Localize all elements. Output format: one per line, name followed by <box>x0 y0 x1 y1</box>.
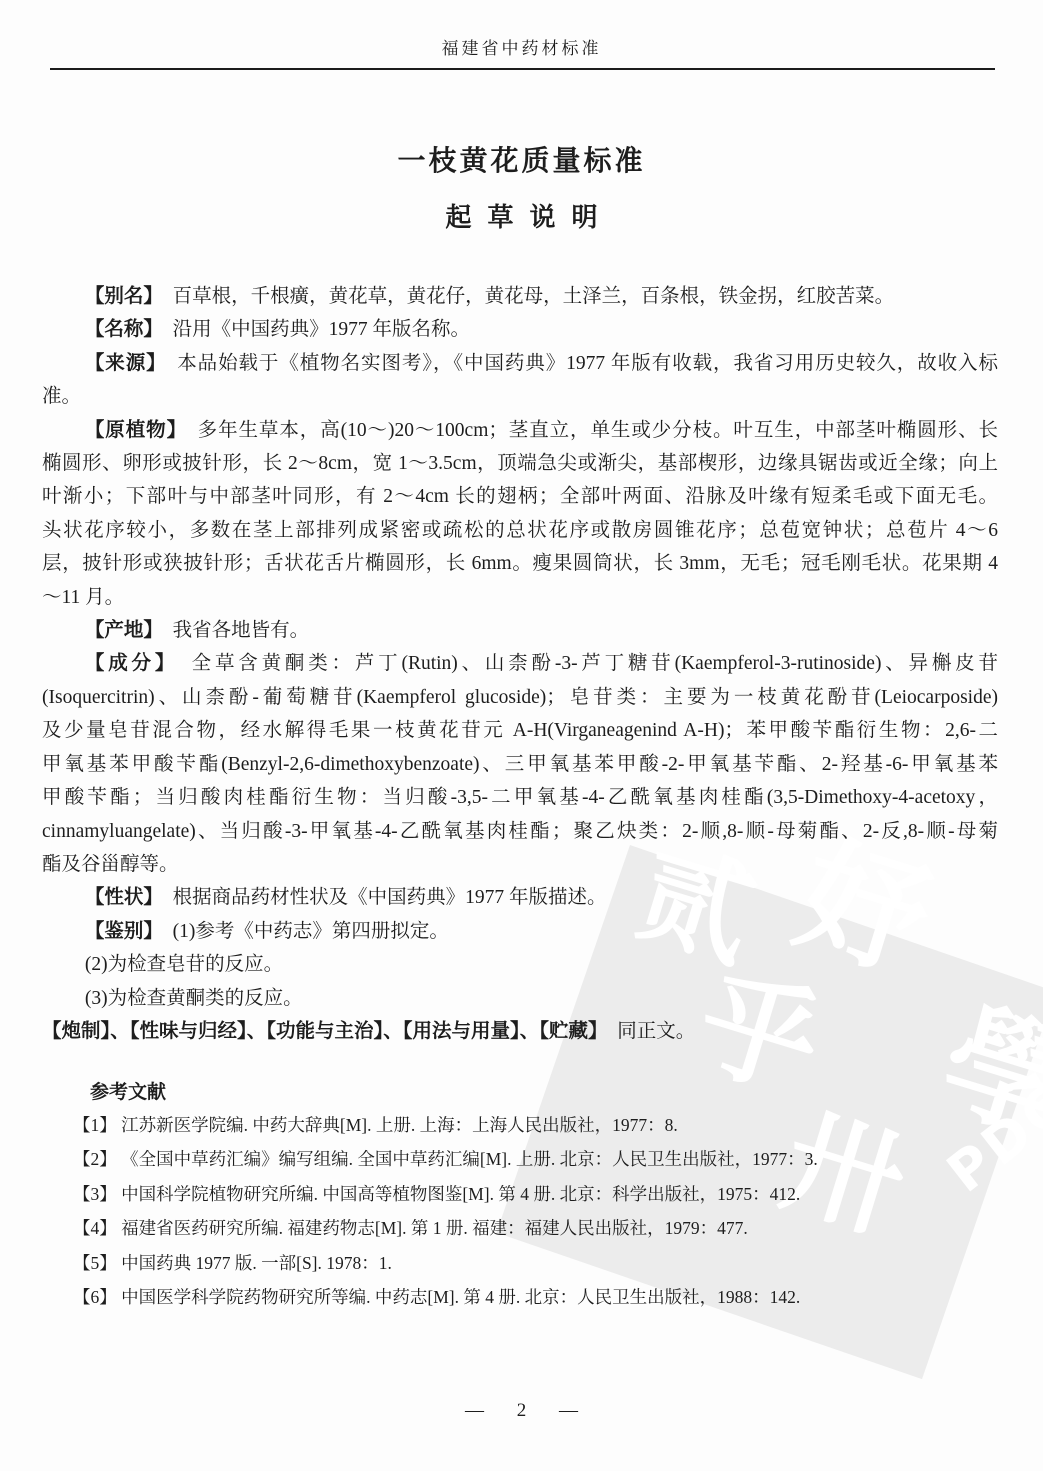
line-text: 甲氧基苯甲酸苄酯(Benzyl-2,6-dimethoxybenzoate)、三… <box>42 754 998 775</box>
line-text: 椭圆形、卵形或披针形，长 2～8cm，宽 1～3.5cm，顶端急尖或渐尖，基部楔… <box>42 453 998 474</box>
text-line: 【炮制】、【性味与归经】、【功能与主治】、【用法与用量】、【贮藏】 同正文。 <box>42 1015 998 1048</box>
text-line: 【来源】 本品始载于《植物名实图考》，《中国药典》1977 年版有收载，我省习用… <box>42 347 998 380</box>
text-line: (2)为检查皂苷的反应。 <box>42 948 998 981</box>
reference-item: 【1】 江苏新医学院编. 中药大辞典[M]. 上册. 上海：上海人民出版社，19… <box>73 1108 998 1142</box>
text-line: 甲氧基苯甲酸苄酯(Benzyl-2,6-dimethoxybenzoate)、三… <box>42 748 998 781</box>
line-text: 头状花序较小，多数在茎上部排列成紧密或疏松的总状花序或散房圆锥花序；总苞宽钟状；… <box>42 520 998 541</box>
line-text: (Isoquercitrin)、山柰酚-葡萄糖苷(Kaempferol gluc… <box>42 687 998 708</box>
reference-item: 【3】 中国科学院植物研究所编. 中国高等植物图鉴[M]. 第 4 册. 北京：… <box>73 1177 998 1211</box>
line-text: 沿用《中国药典》1977 年版名称。 <box>153 319 470 340</box>
line-text: 酯及谷甾醇等。 <box>42 854 179 875</box>
text-line: 【名称】 沿用《中国药典》1977 年版名称。 <box>42 313 998 346</box>
references-heading: 参考文献 <box>90 1077 166 1104</box>
text-line: 【鉴别】 (1)参考《中药志》第四册拟定。 <box>42 915 998 948</box>
line-text: 全草含黄酮类：芦丁(Rutin)、山柰酚-3-芦丁糖苷(Kaempferol-3… <box>168 653 998 674</box>
line-text: 甲酸苄酯；当归酸肉桂酯衍生物：当归酸-3,5-二甲氧基-4-乙酰氧基肉桂酯(3,… <box>42 787 998 808</box>
body-lines: 【别名】 百草根，千根癀，黄花草，黄花仔，黄花母，土泽兰，百条根，铁金拐，红胶苦… <box>42 280 998 1048</box>
text-line: cinnamyluangelate)、当归酸-3-甲氧基-4-乙酰氧基肉桂酯；聚… <box>42 815 998 848</box>
line-text: (1)参考《中药志》第四册拟定。 <box>153 921 449 942</box>
line-text: ～11 月。 <box>42 587 124 608</box>
text-line: 【性状】 根据商品药材性状及《中国药典》1977 年版描述。 <box>42 881 998 914</box>
page-number: — 2 — <box>0 1400 1043 1422</box>
section-label: 【产地】 <box>85 619 153 641</box>
text-line: 【产地】 我省各地皆有。 <box>42 614 998 647</box>
section-label: 【鉴别】 <box>85 920 153 942</box>
text-line: 【原植物】 多年生草本，高(10～)20～100cm；茎直立，单生或少分枝。叶互… <box>42 414 998 447</box>
section-label: 【别名】 <box>85 285 153 307</box>
reference-item: 【6】 中国医学科学院药物研究所等编. 中药志[M]. 第 4 册. 北京：人民… <box>73 1280 998 1314</box>
line-text: 同正文。 <box>598 1021 696 1042</box>
line-text: 我省各地皆有。 <box>153 620 309 641</box>
page-title: 一枝黄花质量标准 <box>0 139 1043 179</box>
line-text: 本品始载于《植物名实图考》，《中国药典》1977 年版有收载，我省习用历史较久，… <box>157 353 998 374</box>
text-line: (3)为检查黄酮类的反应。 <box>42 982 998 1015</box>
line-text: 层，披针形或狭披针形；舌状花舌片椭圆形，长 6mm。瘦果圆筒状，长 3mm，无毛… <box>42 553 998 574</box>
line-text: (3)为检查黄酮类的反应。 <box>85 988 303 1009</box>
text-line: 【别名】 百草根，千根癀，黄花草，黄花仔，黄花母，土泽兰，百条根，铁金拐，红胶苦… <box>42 280 998 313</box>
header-rule <box>50 68 995 70</box>
section-label: 【来源】 <box>85 352 157 374</box>
document-page: 贰妤乎學卅 PDG 福建省中药材标准 一枝黄花质量标准 起草说明 【别名】 百草… <box>0 0 1043 1471</box>
reference-item: 【4】 福建省医药研究所编. 福建药物志[M]. 第 1 册. 福建：福建人民出… <box>73 1211 998 1245</box>
reference-item: 【2】 《全国中草药汇编》编写组编. 全国中草药汇编[M]. 上册. 北京：人民… <box>73 1142 998 1176</box>
text-line: 酯及谷甾醇等。 <box>42 848 998 881</box>
reference-item: 【5】 中国药典 1977 版. 一部[S]. 1978：1. <box>73 1246 998 1280</box>
line-text: 多年生草本，高(10～)20～100cm；茎直立，单生或少分枝。叶互生，中部茎叶… <box>177 420 998 441</box>
line-text: 根据商品药材性状及《中国药典》1977 年版描述。 <box>153 887 606 908</box>
section-label: 【成分】 <box>85 652 168 674</box>
page-subtitle: 起草说明 <box>0 197 1043 234</box>
section-label: 【性状】 <box>85 886 153 908</box>
text-line: 【成分】 全草含黄酮类：芦丁(Rutin)、山柰酚-3-芦丁糖苷(Kaempfe… <box>42 647 998 680</box>
text-line: ～11 月。 <box>42 581 998 614</box>
text-line: (Isoquercitrin)、山柰酚-葡萄糖苷(Kaempferol gluc… <box>42 681 998 714</box>
text-line: 头状花序较小，多数在茎上部排列成紧密或疏松的总状花序或散房圆锥花序；总苞宽钟状；… <box>42 514 998 547</box>
running-head: 福建省中药材标准 <box>0 34 1043 59</box>
text-line: 椭圆形、卵形或披针形，长 2～8cm，宽 1～3.5cm，顶端急尖或渐尖，基部楔… <box>42 447 998 480</box>
section-label: 【炮制】、【性味与归经】、【功能与主治】、【用法与用量】、【贮藏】 <box>42 1020 598 1042</box>
text-line: 叶渐小；下部叶与中部茎叶同形，有 2～4cm 长的翅柄；全部叶两面、沿脉及叶缘有… <box>42 480 998 513</box>
text-line: 层，披针形或狭披针形；舌状花舌片椭圆形，长 6mm。瘦果圆筒状，长 3mm，无毛… <box>42 547 998 580</box>
line-text: (2)为检查皂苷的反应。 <box>85 954 283 975</box>
line-text: 及少量皂苷混合物，经水解得毛果一枝黄花苷元 A-H(Virganeagenind… <box>42 720 998 741</box>
section-label: 【原植物】 <box>85 419 177 441</box>
text-line: 及少量皂苷混合物，经水解得毛果一枝黄花苷元 A-H(Virganeagenind… <box>42 714 998 747</box>
line-text: 准。 <box>42 386 81 407</box>
text-line: 甲酸苄酯；当归酸肉桂酯衍生物：当归酸-3,5-二甲氧基-4-乙酰氧基肉桂酯(3,… <box>42 781 998 814</box>
reference-list: 【1】 江苏新医学院编. 中药大辞典[M]. 上册. 上海：上海人民出版社，19… <box>73 1108 998 1314</box>
text-line: 准。 <box>42 380 998 413</box>
section-label: 【名称】 <box>85 318 153 340</box>
line-text: cinnamyluangelate)、当归酸-3-甲氧基-4-乙酰氧基肉桂酯；聚… <box>42 821 998 842</box>
line-text: 叶渐小；下部叶与中部茎叶同形，有 2～4cm 长的翅柄；全部叶两面、沿脉及叶缘有… <box>42 486 998 507</box>
line-text: 百草根，千根癀，黄花草，黄花仔，黄花母，土泽兰，百条根，铁金拐，红胶苦菜。 <box>153 286 894 307</box>
